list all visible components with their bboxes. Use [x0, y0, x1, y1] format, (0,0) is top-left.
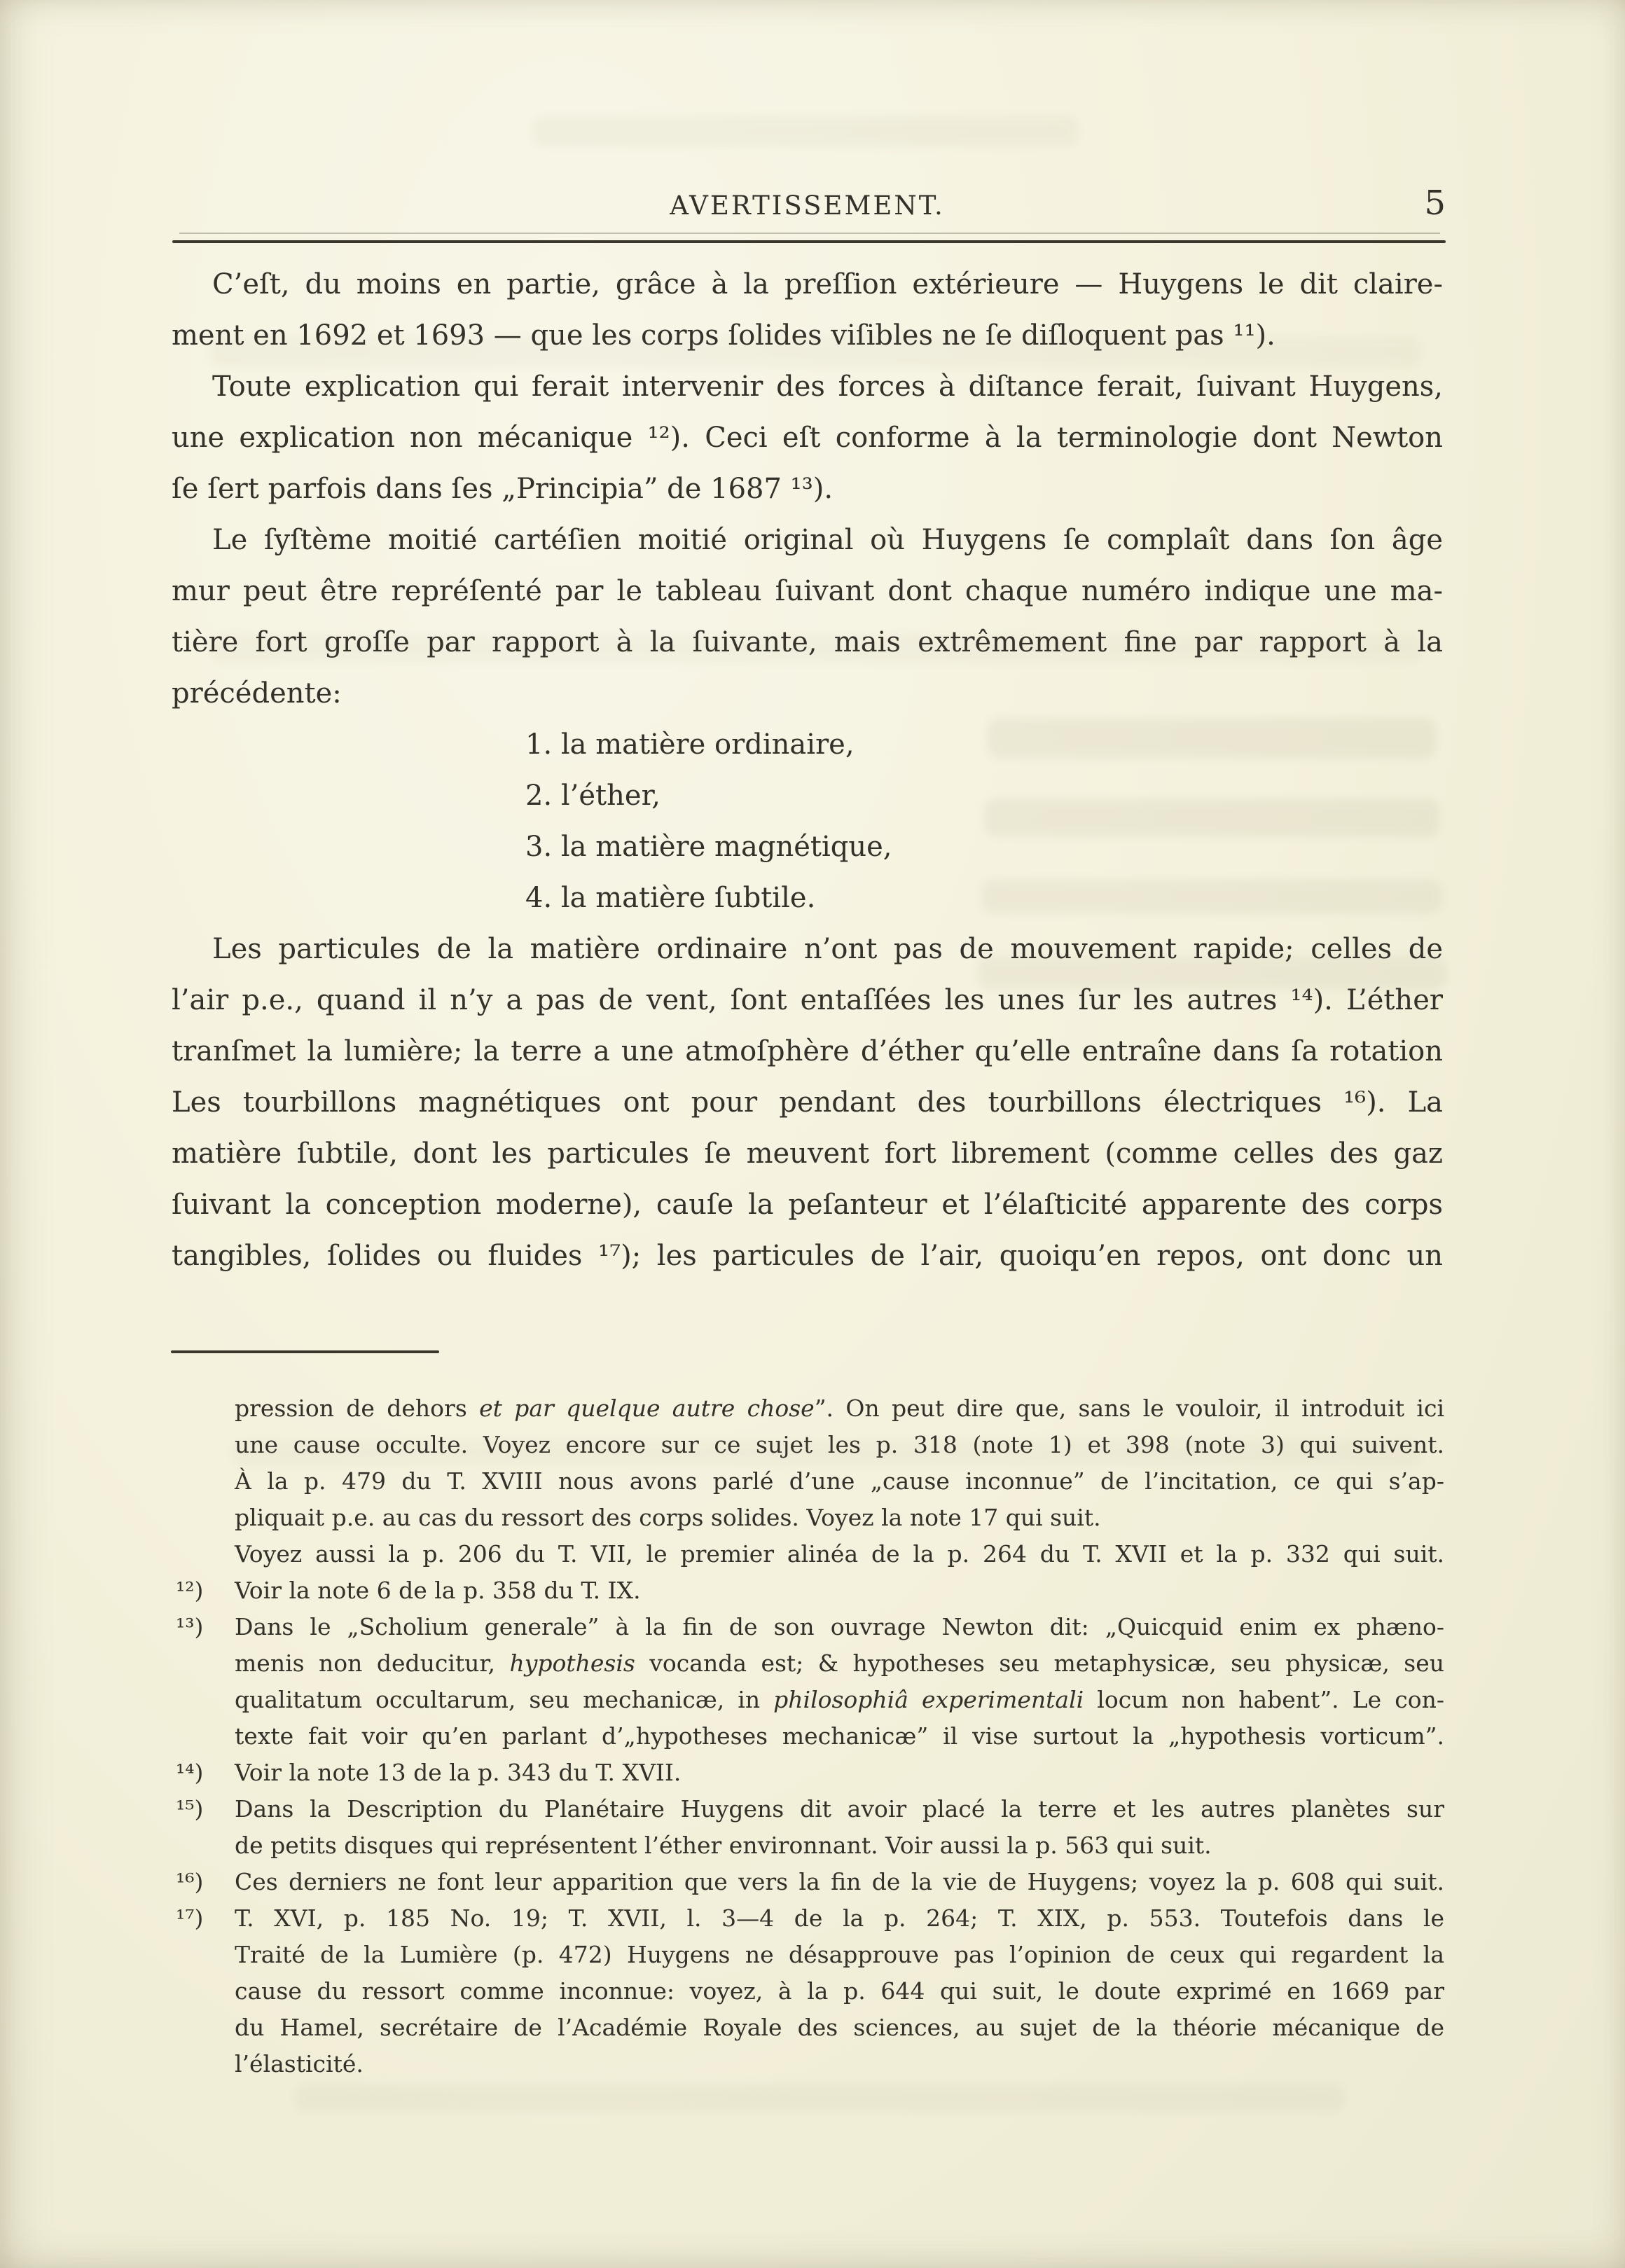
footnote-number: ¹⁴)	[176, 1755, 203, 1791]
text-line: C’eſt, du moins en partie, grâce à la pr…	[172, 259, 1443, 310]
footnote-number: ¹⁵)	[176, 1791, 203, 1827]
footnote-line: menis non deducitur, hypothesis vocanda …	[172, 1645, 1444, 1682]
bleedthrough-ghost	[231, 1439, 1422, 1466]
footnote-text: menis non deducitur, hypothesis vocanda …	[235, 1650, 1444, 1677]
body-text: C’eſt, du moins en partie, grâce à la pr…	[172, 259, 1443, 1282]
bleedthrough-ghost	[981, 879, 1443, 914]
footnote-text: À la p. 479 du T. XVIII nous avons parlé…	[235, 1467, 1444, 1495]
footnote-text: Ces derniers ne font leur apparition que…	[235, 1868, 1444, 1895]
footnote-text: Voir la note 6 de la p. 358 du T. IX.	[235, 1577, 641, 1604]
footnote-line: pression de dehors et par quelque autre …	[172, 1390, 1444, 1427]
text-line: ſuivant la conception moderne), cauſe la…	[172, 1180, 1443, 1231]
footnote-line: ¹⁷)T. XVI, p. 185 No. 19; T. XVII, l. 3—…	[172, 1900, 1444, 1937]
footnote-number: ¹⁷)	[176, 1900, 203, 1937]
footnote-text: Dans le „Scholium generale” à la fin de …	[235, 1613, 1444, 1640]
footnote-text: Voir la note 13 de la p. 343 du T. XVII.	[235, 1759, 681, 1786]
footnote-line: Traité de la Lumière (p. 472) Huygens ne…	[172, 1937, 1444, 1973]
bleedthrough-ghost	[532, 116, 1079, 147]
bleedthrough-ghost	[210, 336, 1422, 368]
footnote-line: ¹³)Dans le „Scholium generale” à la fin …	[172, 1609, 1444, 1645]
footnote-line: ¹⁴)Voir la note 13 de la p. 343 du T. XV…	[172, 1755, 1444, 1791]
footnote-separator	[171, 1350, 439, 1353]
footnote-line: du Hamel, secrétaire de l’Académie Royal…	[172, 2010, 1444, 2046]
footnote-text: du Hamel, secrétaire de l’Académie Royal…	[235, 2014, 1444, 2041]
book-page-scan: { "colors": {"paper": "#f4f1dc", "ink": …	[0, 0, 1625, 2268]
page-number: 5	[1331, 184, 1446, 223]
text-line: matière ſubtile, dont les particules ſe …	[172, 1128, 1443, 1180]
footnote-line: ¹⁶)Ces derniers ne font leur apparition …	[172, 1864, 1444, 1900]
text-line: tangibles, ſolides ou fluides ¹⁷); les p…	[172, 1231, 1443, 1282]
bleedthrough-ghost	[988, 718, 1436, 759]
bleedthrough-ghost	[210, 634, 1422, 663]
text-line: Toute explication qui ferait intervenir …	[172, 361, 1443, 413]
footnote-line: Voyez aussi la p. 206 du T. VII, le prem…	[172, 1536, 1444, 1572]
footnote-number: ¹²)	[176, 1572, 203, 1609]
text-line: précédente:	[172, 668, 1443, 719]
text-line: une explication non mécanique ¹²). Ceci …	[172, 413, 1443, 464]
footnote-text: pression de dehors et par quelque autre …	[235, 1395, 1444, 1422]
footnote-line: ¹⁵)Dans la Description du Planétaire Huy…	[172, 1791, 1444, 1827]
bleedthrough-ghost	[977, 956, 1446, 990]
footnote-text: de petits disques qui représentent l’éth…	[235, 1832, 1212, 1859]
bleedthrough-ghost	[294, 2084, 1345, 2112]
footnote-text: T. XVI, p. 185 No. 19; T. XVII, l. 3—4 d…	[235, 1904, 1444, 1932]
footnote-text: Traité de la Lumière (p. 472) Huygens ne…	[235, 1941, 1444, 1968]
text-line: Le ſyſtème moitié cartéſien moitié origi…	[172, 515, 1443, 566]
footnote-text: Dans la Description du Planétaire Huygen…	[235, 1795, 1444, 1823]
footnote-text: pliquait p.e. au cas du ressort des corp…	[235, 1504, 1101, 1531]
footnote-line: de petits disques qui représentent l’éth…	[172, 1827, 1444, 1864]
text-line: Les tourbillons magnétiques ont pour pen…	[172, 1077, 1443, 1128]
footnote-text: qualitatum occultarum, seu mechanicæ, in…	[235, 1686, 1444, 1713]
footnote-text: texte fait voir qu’en parlant d’„hypothe…	[235, 1722, 1444, 1750]
footnote-text: Voyez aussi la p. 206 du T. VII, le prem…	[235, 1540, 1444, 1568]
footnote-text: cause du ressort comme inconnue: voyez, …	[235, 1977, 1444, 2005]
header-rule	[172, 240, 1446, 243]
text-line: ſe ſert parfois dans ſes „Principia” de …	[172, 464, 1443, 515]
footnote-line: cause du ressort comme inconnue: voyez, …	[172, 1973, 1444, 2010]
bleedthrough-ghost	[984, 798, 1439, 837]
text-line: mur peut être repréſenté par le tableau …	[172, 566, 1443, 617]
footnote-line: l’élasticité.	[172, 2046, 1444, 2082]
footnote-line: pliquait p.e. au cas du ressort des corp…	[172, 1500, 1444, 1536]
footnotes: pression de dehors et par quelque autre …	[172, 1390, 1444, 2082]
footnote-line: qualitatum occultarum, seu mechanicæ, in…	[172, 1682, 1444, 1718]
footnote-line: ¹²)Voir la note 6 de la p. 358 du T. IX.	[172, 1572, 1444, 1609]
running-header-title: AVERTISSEMENT.	[172, 191, 1443, 221]
footnote-line: texte fait voir qu’en parlant d’„hypothe…	[172, 1718, 1444, 1755]
footnote-text: l’élasticité.	[235, 2050, 364, 2077]
footnote-number: ¹³)	[176, 1609, 203, 1645]
footnote-line: À la p. 479 du T. XVIII nous avons parlé…	[172, 1463, 1444, 1500]
footnote-number: ¹⁶)	[176, 1864, 203, 1900]
text-line: tranſmet la lumière; la terre a une atmo…	[172, 1026, 1443, 1077]
